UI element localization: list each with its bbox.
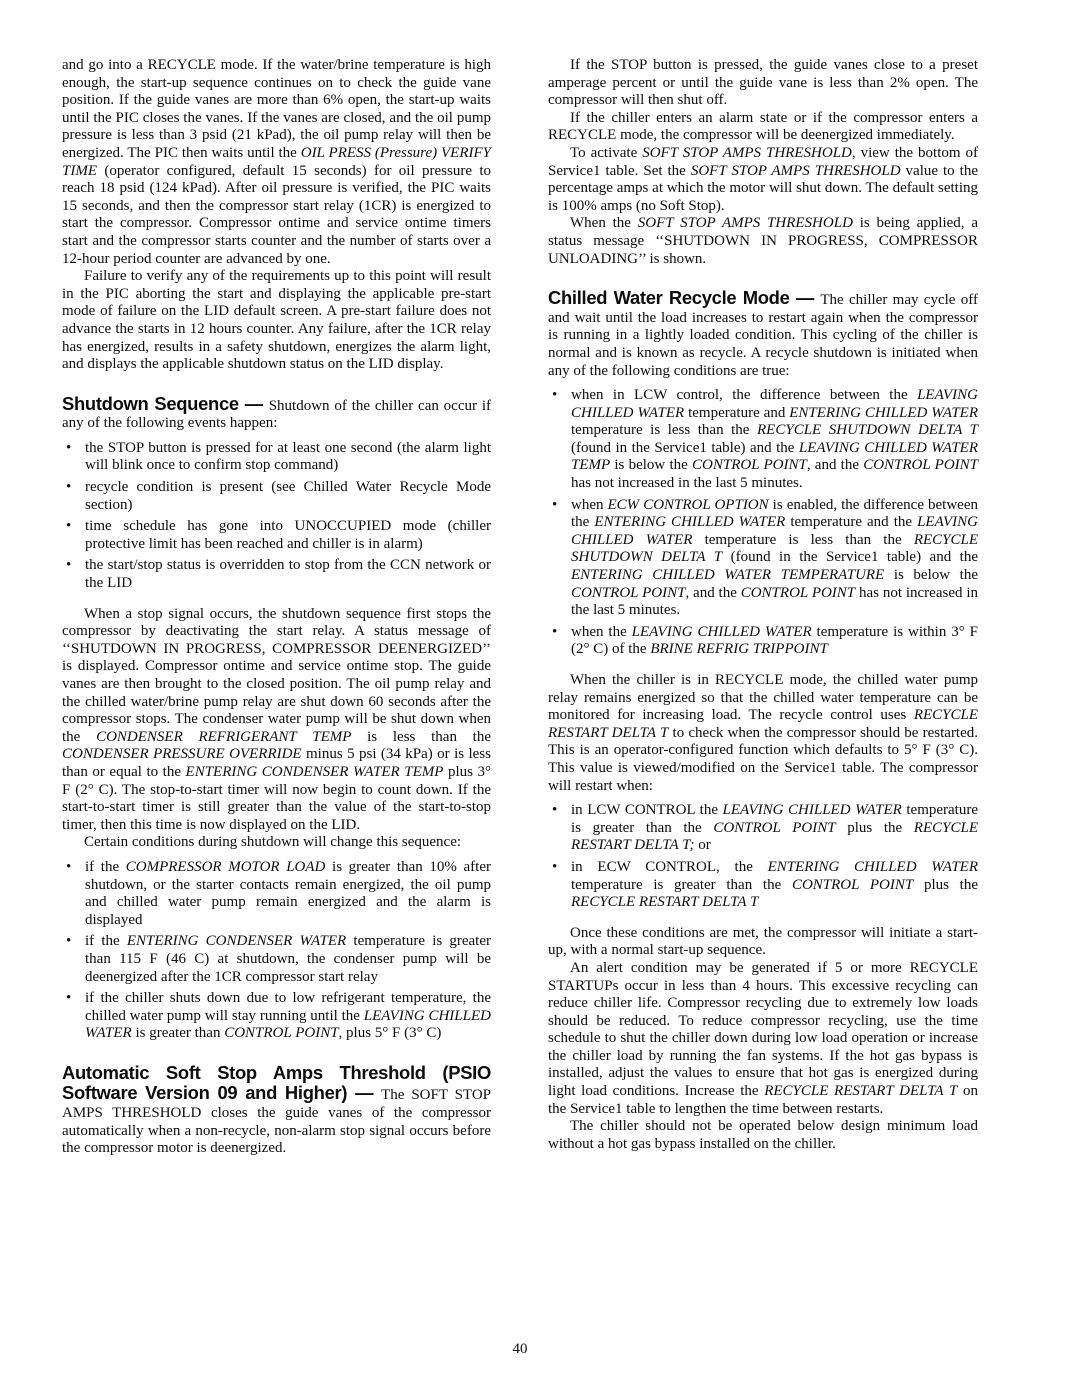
emphasized-term: ENTERING CHILLED WATER <box>594 514 785 530</box>
bullet-list: when in LCW control, the difference betw… <box>548 387 978 659</box>
emphasized-term: COMPRESSOR MOTOR LOAD <box>126 859 326 875</box>
body-text: is below the <box>884 567 978 583</box>
emphasized-term: CONTROL POINT <box>224 1025 338 1041</box>
emphasized-term: CONTROL POINT <box>741 585 855 601</box>
emphasized-term: SOFT STOP AMPS THRESHOLD <box>691 163 901 179</box>
body-text: , plus 5° F (3° C) <box>339 1025 442 1041</box>
emphasized-term: CONDENSER REFRIGERANT TEMP <box>96 729 351 745</box>
emphasized-term: CONTROL POINT <box>571 585 685 601</box>
body-text: An alert condition may be generated if 5… <box>548 960 978 1099</box>
body-text: When a stop signal occurs, the shutdown … <box>62 606 491 745</box>
body-text: , and the <box>685 585 740 601</box>
body-text: (found in the Service1 table) and the <box>722 549 978 565</box>
emphasized-term: RECYCLE RESTART DELTA T <box>764 1083 957 1099</box>
bullet-item: in LCW CONTROL the LEAVING CHILLED WATER… <box>548 802 978 855</box>
body-text: temperature and the <box>785 514 917 530</box>
bullet-item: if the COMPRESSOR MOTOR LOAD is greater … <box>62 859 491 929</box>
emphasized-term: ENTERING CHILLED WATER TEMPERATURE <box>571 567 884 583</box>
body-text: temperature is less than the <box>571 422 757 438</box>
body-text: when in LCW control, the difference betw… <box>571 387 917 403</box>
paragraph: Once these conditions are met, the compr… <box>548 925 978 960</box>
body-text: the start/stop status is overridden to s… <box>85 557 491 591</box>
page-number: 40 <box>62 1341 978 1359</box>
emphasized-term: SOFT STOP AMPS THRESHOLD <box>642 145 852 161</box>
left-column: and go into a RECYCLE mode. If the water… <box>62 57 491 1158</box>
body-text: or <box>694 837 710 853</box>
body-text: temperature is less than the <box>692 532 913 548</box>
bullet-item: when ECW CONTROL OPTION is enabled, the … <box>548 497 978 620</box>
paragraph: To activate SOFT STOP AMPS THRESHOLD, vi… <box>548 145 978 215</box>
body-text: plus the <box>913 877 978 893</box>
body-text: in ECW CONTROL, the <box>571 859 768 875</box>
emphasized-term: CONDENSER PRESSURE OVERRIDE <box>62 746 302 762</box>
emphasized-term: SOFT STOP AMPS THRESHOLD <box>638 215 853 231</box>
emphasized-term: ENTERING CONDENSER WATER <box>127 933 346 949</box>
body-text: temperature is greater than the <box>571 877 792 893</box>
body-text: (operator configured, default 15 seconds… <box>62 163 491 267</box>
section-heading-paragraph: Automatic Soft Stop Amps Threshold (PSIO… <box>62 1064 491 1158</box>
bullet-item: when in LCW control, the difference betw… <box>548 387 978 493</box>
bullet-list: if the COMPRESSOR MOTOR LOAD is greater … <box>62 859 491 1043</box>
body-text: if the <box>85 859 126 875</box>
body-text: temperature and <box>684 405 789 421</box>
bullet-list: the STOP button is pressed for at least … <box>62 440 491 593</box>
paragraph: Failure to verify any of the requirement… <box>62 268 491 374</box>
bullet-item: if the ENTERING CONDENSER WATER temperat… <box>62 933 491 986</box>
emphasized-term: LEAVING CHILLED WATER <box>723 802 902 818</box>
emphasized-term: ENTERING CONDENSER WATER TEMP <box>186 764 444 780</box>
body-text: If the STOP button is pressed, the guide… <box>548 57 978 108</box>
right-column: If the STOP button is pressed, the guide… <box>548 57 978 1153</box>
section-heading-text: Chilled Water Recycle Mode — <box>548 287 820 308</box>
paragraph: If the STOP button is pressed, the guide… <box>548 57 978 110</box>
emphasized-term: RECYCLE SHUTDOWN DELTA T <box>757 422 978 438</box>
emphasized-term: BRINE REFRIG TRIPPOINT <box>650 641 827 657</box>
emphasized-term: ENTERING CHILLED WATER <box>789 405 978 421</box>
bullet-list: in LCW CONTROL the LEAVING CHILLED WATER… <box>548 802 978 912</box>
body-text: time schedule has gone into UNOCCUPIED m… <box>85 518 491 552</box>
body-text: when <box>571 497 608 513</box>
body-text: the STOP button is pressed for at least … <box>85 440 491 474</box>
paragraph: When the SOFT STOP AMPS THRESHOLD is bei… <box>548 215 978 268</box>
body-text: in LCW CONTROL the <box>571 802 723 818</box>
body-text: To activate <box>570 145 642 161</box>
body-text: is below the <box>610 457 692 473</box>
body-text: plus the <box>836 820 914 836</box>
section-heading-paragraph: Shutdown Sequence — Shutdown of the chil… <box>62 395 491 433</box>
emphasized-term: ENTERING CHILLED WATER <box>768 859 978 875</box>
body-text: (found in the Service1 table) and the <box>571 440 799 456</box>
bullet-item: if the chiller shuts down due to low ref… <box>62 990 491 1043</box>
paragraph: If the chiller enters an alarm state or … <box>548 110 978 145</box>
bullet-item: recycle condition is present (see Chille… <box>62 479 491 514</box>
paragraph: An alert condition may be generated if 5… <box>548 960 978 1118</box>
section-heading-paragraph: Chilled Water Recycle Mode — The chiller… <box>548 289 978 380</box>
body-text: , and the <box>807 457 863 473</box>
bullet-item: time schedule has gone into UNOCCUPIED m… <box>62 518 491 553</box>
emphasized-term: CONTROL POINT <box>713 820 835 836</box>
bullet-item: when the LEAVING CHILLED WATER temperatu… <box>548 624 978 659</box>
body-text: recycle condition is present (see Chille… <box>85 479 491 513</box>
emphasized-term: LEAVING CHILLED WATER <box>632 624 812 640</box>
body-text: if the <box>85 933 127 949</box>
body-text: Failure to verify any of the requirement… <box>62 268 491 372</box>
paragraph: When a stop signal occurs, the shutdown … <box>62 606 491 835</box>
body-text: When the <box>570 215 638 231</box>
body-text: is greater than <box>132 1025 224 1041</box>
body-text: If the chiller enters an alarm state or … <box>548 110 978 144</box>
bullet-item: the start/stop status is overridden to s… <box>62 557 491 592</box>
paragraph: Certain conditions during shutdown will … <box>62 834 491 852</box>
bullet-item: the STOP button is pressed for at least … <box>62 440 491 475</box>
paragraph: The chiller should not be operated below… <box>548 1118 978 1153</box>
paragraph: When the chiller is in RECYCLE mode, the… <box>548 672 978 795</box>
bullet-item: in ECW CONTROL, the ENTERING CHILLED WAT… <box>548 859 978 912</box>
document-page: and go into a RECYCLE mode. If the water… <box>0 0 1080 1397</box>
paragraph: and go into a RECYCLE mode. If the water… <box>62 57 491 268</box>
emphasized-term: CONTROL POINT <box>792 877 913 893</box>
body-text: Once these conditions are met, the compr… <box>548 925 978 959</box>
body-text: The chiller should not be operated below… <box>548 1118 978 1152</box>
emphasized-term: RECYCLE RESTART DELTA T <box>571 894 758 910</box>
emphasized-term: CONTROL POINT <box>692 457 807 473</box>
body-text: has not increased in the last 5 minutes. <box>571 475 803 491</box>
emphasized-term: CONTROL POINT <box>863 457 978 473</box>
body-text: Certain conditions during shutdown will … <box>84 834 461 850</box>
body-text: is less than the <box>351 729 491 745</box>
section-heading-text: Shutdown Sequence — <box>62 393 269 414</box>
emphasized-term: ECW CONTROL OPTION <box>608 497 769 513</box>
body-text: when the <box>571 624 632 640</box>
